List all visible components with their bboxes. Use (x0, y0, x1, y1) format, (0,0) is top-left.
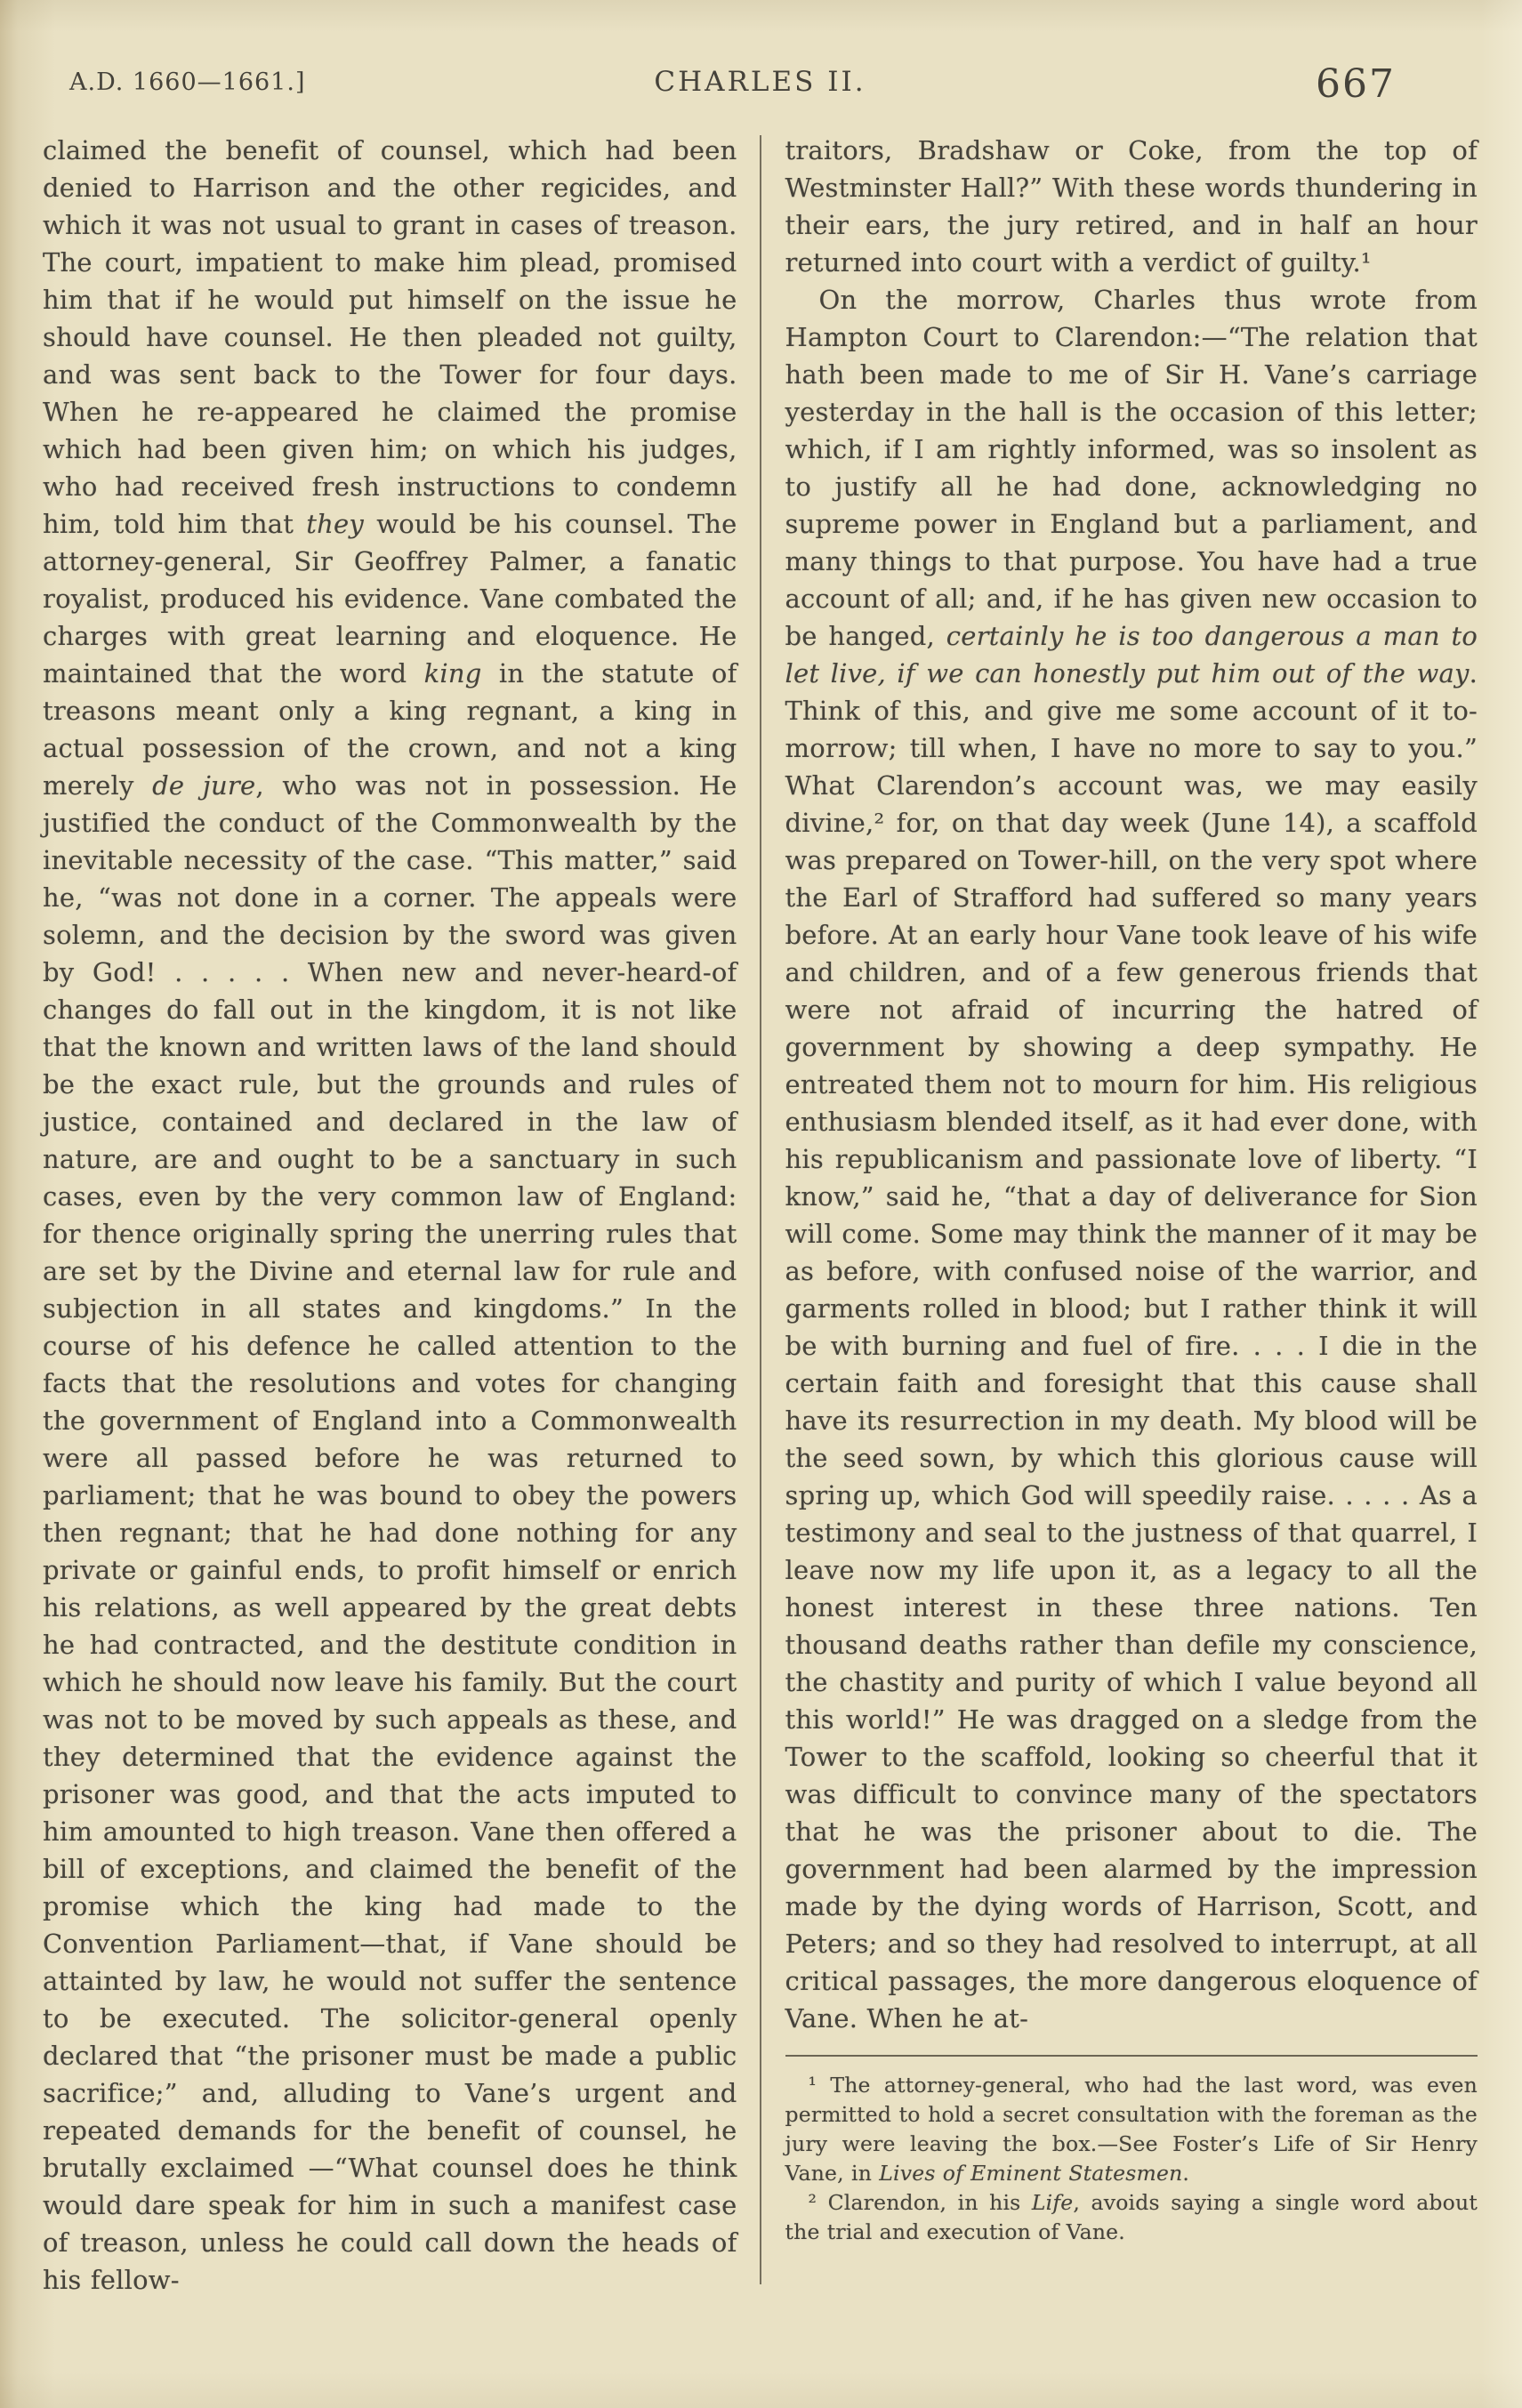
column-divider-rule (760, 135, 761, 2284)
paragraph: traitors, Bradshaw or Coke, from the top… (785, 132, 1478, 281)
left-column: claimed the benefit of counsel, which ha… (43, 132, 761, 2338)
footnotes: ¹ The attorney-general, who had the last… (785, 2055, 1478, 2247)
right-column: traitors, Bradshaw or Coke, from the top… (761, 132, 1478, 2338)
page-number: 667 (1316, 61, 1396, 107)
header-running-title: CHARLES II. (43, 66, 1478, 98)
book-page: A.D. 1660—1661.] CHARLES II. 667 claimed… (0, 0, 1522, 2408)
paragraph: claimed the benefit of counsel, which ha… (43, 132, 737, 2299)
right-column-body: traitors, Bradshaw or Coke, from the top… (785, 132, 1478, 2037)
page-header: A.D. 1660—1661.] CHARLES II. 667 (43, 44, 1478, 101)
text-columns: claimed the benefit of counsel, which ha… (43, 132, 1478, 2338)
footnote: ² Clarendon, in his Life, avoids saying … (785, 2188, 1478, 2247)
paragraph: On the morrow, Charles thus wrote from H… (785, 281, 1478, 2037)
footnote: ¹ The attorney-general, who had the last… (785, 2071, 1478, 2188)
